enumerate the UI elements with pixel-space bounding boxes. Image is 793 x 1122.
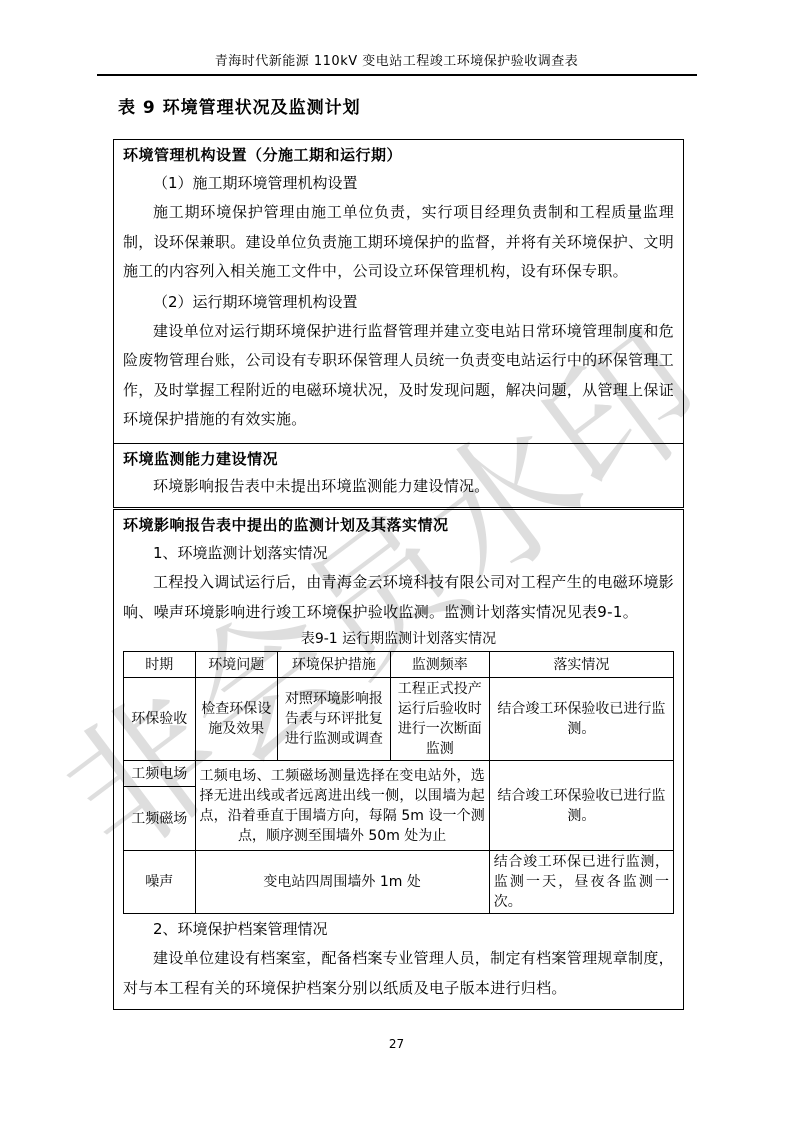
column-header-period: 时期 <box>124 652 196 678</box>
paragraph-monitoring-plan: 工程投入调试运行后，由青海金云环境科技有限公司对工程产生的电磁环境影响、噪声环境… <box>123 568 674 627</box>
page-number: 27 <box>0 1037 793 1051</box>
management-status-table: 环境管理机构设置（分施工期和运行期） （1）施工期环境管理机构设置 施工期环境保… <box>113 139 684 508</box>
column-header-problem: 环境问题 <box>195 652 278 678</box>
section-heading-monitoring-plan: 环境影响报告表中提出的监测计划及其落实情况 <box>123 513 674 538</box>
table9-1-caption: 表9-1 运行期监测计划落实情况 <box>123 628 674 651</box>
cell-acceptance-status: 结合竣工环保验收已进行监测。 <box>489 678 673 761</box>
paragraph-operation-period: 建设单位对运行期环境保护进行监督管理并建立变电站日常环境管理制度和危险废物管理台… <box>123 317 674 435</box>
cell-noise-status: 结合竣工环保已进行监测，监测一天，昼夜各监测一次。 <box>489 851 673 914</box>
cell-acceptance-period: 环保验收 <box>124 678 196 761</box>
subitem-monitoring-plan-implementation: 1、环境监测计划落实情况 <box>123 538 674 568</box>
monitoring-plan-table: 时期 环境问题 环境保护措施 监测频率 落实情况 环保验收 检查环保设施及效果 … <box>123 651 674 914</box>
paragraph-monitoring-capacity: 环境影响报告表中未提出环境监测能力建设情况。 <box>123 472 674 502</box>
column-header-measure: 环境保护措施 <box>278 652 391 678</box>
cell-acceptance-problem: 检查环保设施及效果 <box>195 678 278 761</box>
cell-acceptance-frequency: 工程正式投产运行后验收时进行一次断面监测 <box>390 678 489 761</box>
cell-field-status: 结合竣工环保验收已进行监测。 <box>489 761 673 851</box>
header-rule <box>97 74 697 76</box>
table-header-row: 时期 环境问题 环境保护措施 监测频率 落实情况 <box>124 652 674 678</box>
column-header-status: 落实情况 <box>489 652 673 678</box>
subitem-operation-period: （2）运行期环境管理机构设置 <box>123 287 674 317</box>
table-row-electric-field: 工频电场 工频电场、工频磁场测量选择在变电站外，选择无进出线或者远离进出线一侧，… <box>124 761 674 787</box>
table-row-noise: 噪声 变电站四周围墙外 1m 处 结合竣工环保已进行监测，监测一天，昼夜各监测一… <box>124 851 674 914</box>
document-page: 非会员水印 青海时代新能源 110kV 变电站工程竣工环境保护验收调查表 表 9… <box>0 0 793 1122</box>
paragraph-archive-management: 建设单位建设有档案室，配备档案专业管理人员，制定有档案管理规章制度，对与本工程有… <box>123 944 674 1003</box>
cell-noise-measure: 变电站四周围墙外 1m 处 <box>195 851 489 914</box>
page-title: 表 9 环境管理状况及监测计划 <box>118 93 361 118</box>
cell-field-measure: 工频电场、工频磁场测量选择在变电站外，选择无进出线或者远离进出线一侧，以围墙为起… <box>195 761 489 851</box>
cell-acceptance-measure: 对照环境影响报告表与环评批复进行监测或调查 <box>278 678 391 761</box>
column-header-frequency: 监测频率 <box>390 652 489 678</box>
document-header-title: 青海时代新能源 110kV 变电站工程竣工环境保护验收调查表 <box>0 50 793 69</box>
section-heading-management-organization: 环境管理机构设置（分施工期和运行期） <box>123 143 674 168</box>
section-monitoring-capacity: 环境监测能力建设情况 环境影响报告表中未提出环境监测能力建设情况。 <box>114 444 683 508</box>
section-monitoring-plan: 环境影响报告表中提出的监测计划及其落实情况 1、环境监测计划落实情况 工程投入调… <box>113 509 684 1010</box>
subitem-construction-period: （1）施工期环境管理机构设置 <box>123 168 674 198</box>
subitem-archive-management: 2、环境保护档案管理情况 <box>123 914 674 944</box>
section-heading-monitoring-capacity: 环境监测能力建设情况 <box>123 447 674 472</box>
paragraph-construction-period: 施工期环境保护管理由施工单位负责，实行项目经理负责制和工程质量监理制，设环保兼职… <box>123 198 674 287</box>
section-management-organization: 环境管理机构设置（分施工期和运行期） （1）施工期环境管理机构设置 施工期环境保… <box>114 140 683 444</box>
cell-electric-field-period: 工频电场 <box>124 761 196 787</box>
cell-magnetic-field-period: 工频磁场 <box>124 787 196 851</box>
table-row-acceptance: 环保验收 检查环保设施及效果 对照环境影响报告表与环评批复进行监测或调查 工程正… <box>124 678 674 761</box>
cell-noise-period: 噪声 <box>124 851 196 914</box>
